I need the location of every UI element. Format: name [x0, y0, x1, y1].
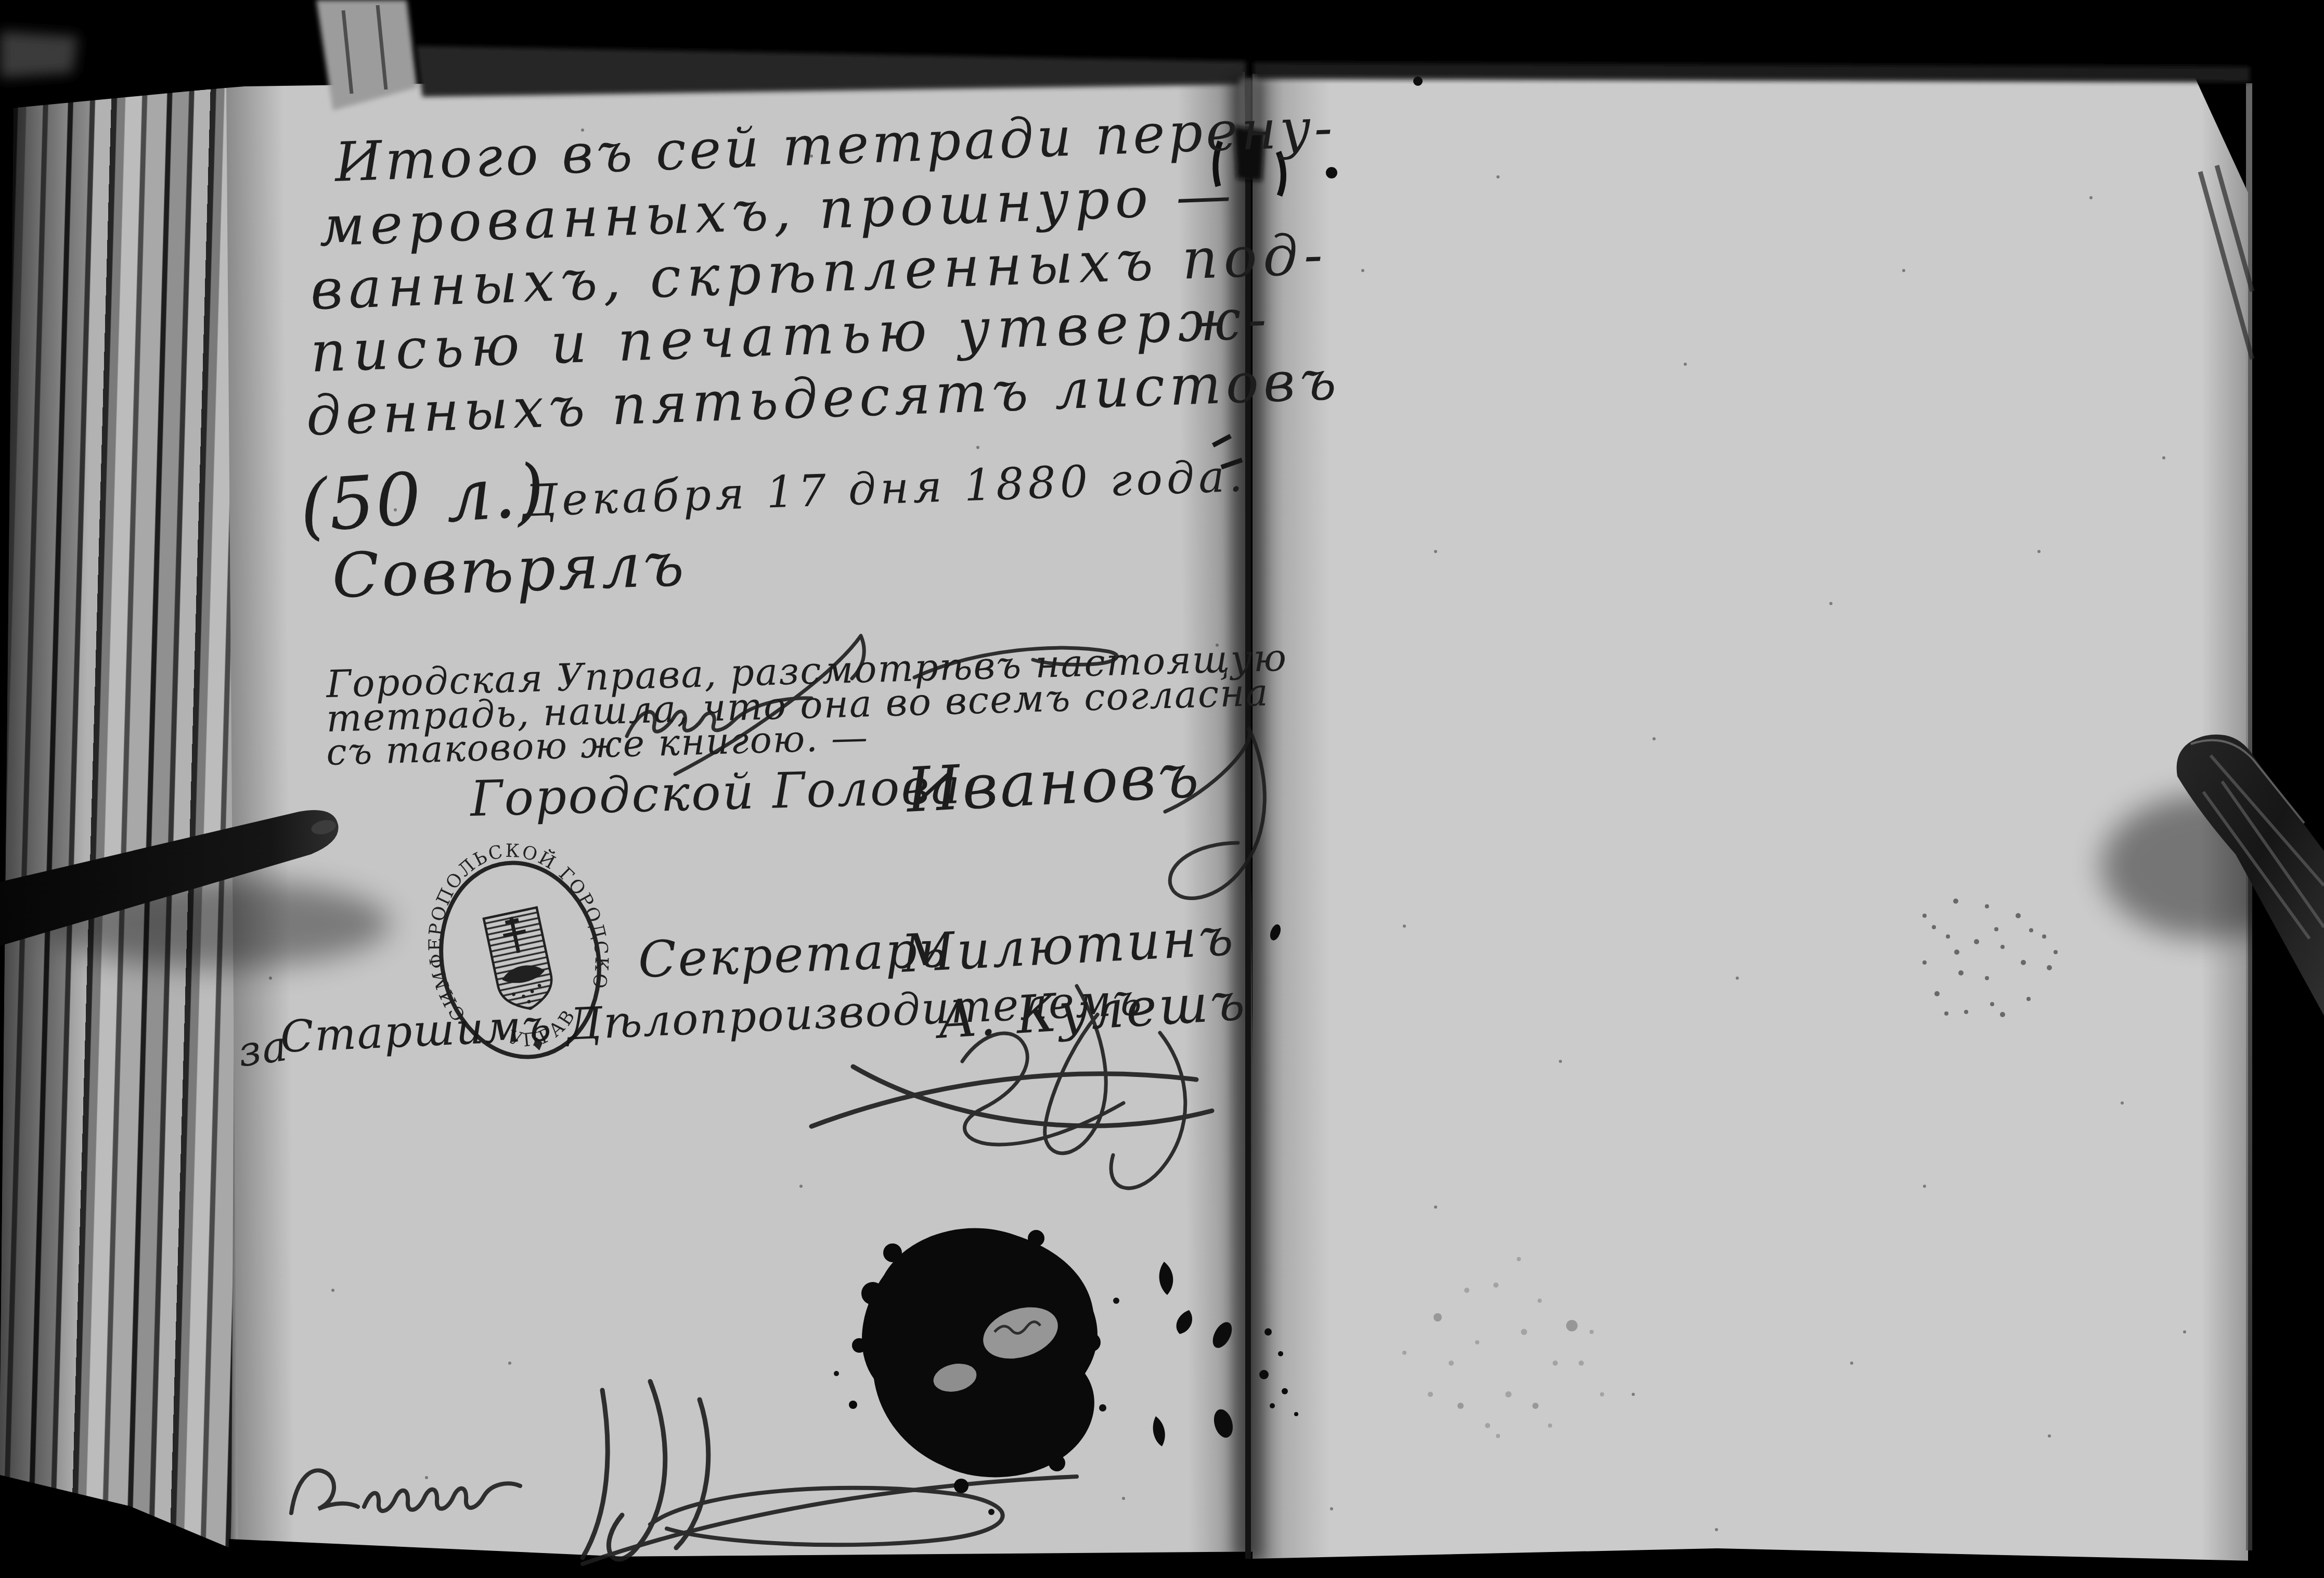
stamp-coat-of-arms	[484, 907, 557, 1015]
mayor-signature: Ивановъ	[903, 739, 1202, 827]
archival-book-scan: Итого въ сей тетради перену- мерованныхъ…	[0, 0, 2324, 1578]
verified-label: Совѣрялъ	[331, 528, 688, 612]
scan-overlay: Итого въ сей тетради перену- мерованныхъ…	[0, 0, 2324, 1578]
left-book-weight	[0, 810, 390, 968]
ink-blot	[834, 1228, 1119, 1515]
mayor-title: Городской Голова	[469, 758, 963, 828]
note-date: Декабря 17 дня 1880 года.	[519, 450, 1247, 527]
bottom-signature-scribble	[291, 1470, 520, 1513]
blot-offset-stain	[1402, 1257, 1604, 1438]
clerk-signature-descender	[1111, 1033, 1185, 1188]
stamp-offset-stain	[1922, 899, 2058, 1017]
secretary-signature: Милютинъ	[899, 906, 1237, 985]
handwritten-note: Итого въ сей тетради перену- мерованныхъ…	[235, 96, 1342, 1076]
